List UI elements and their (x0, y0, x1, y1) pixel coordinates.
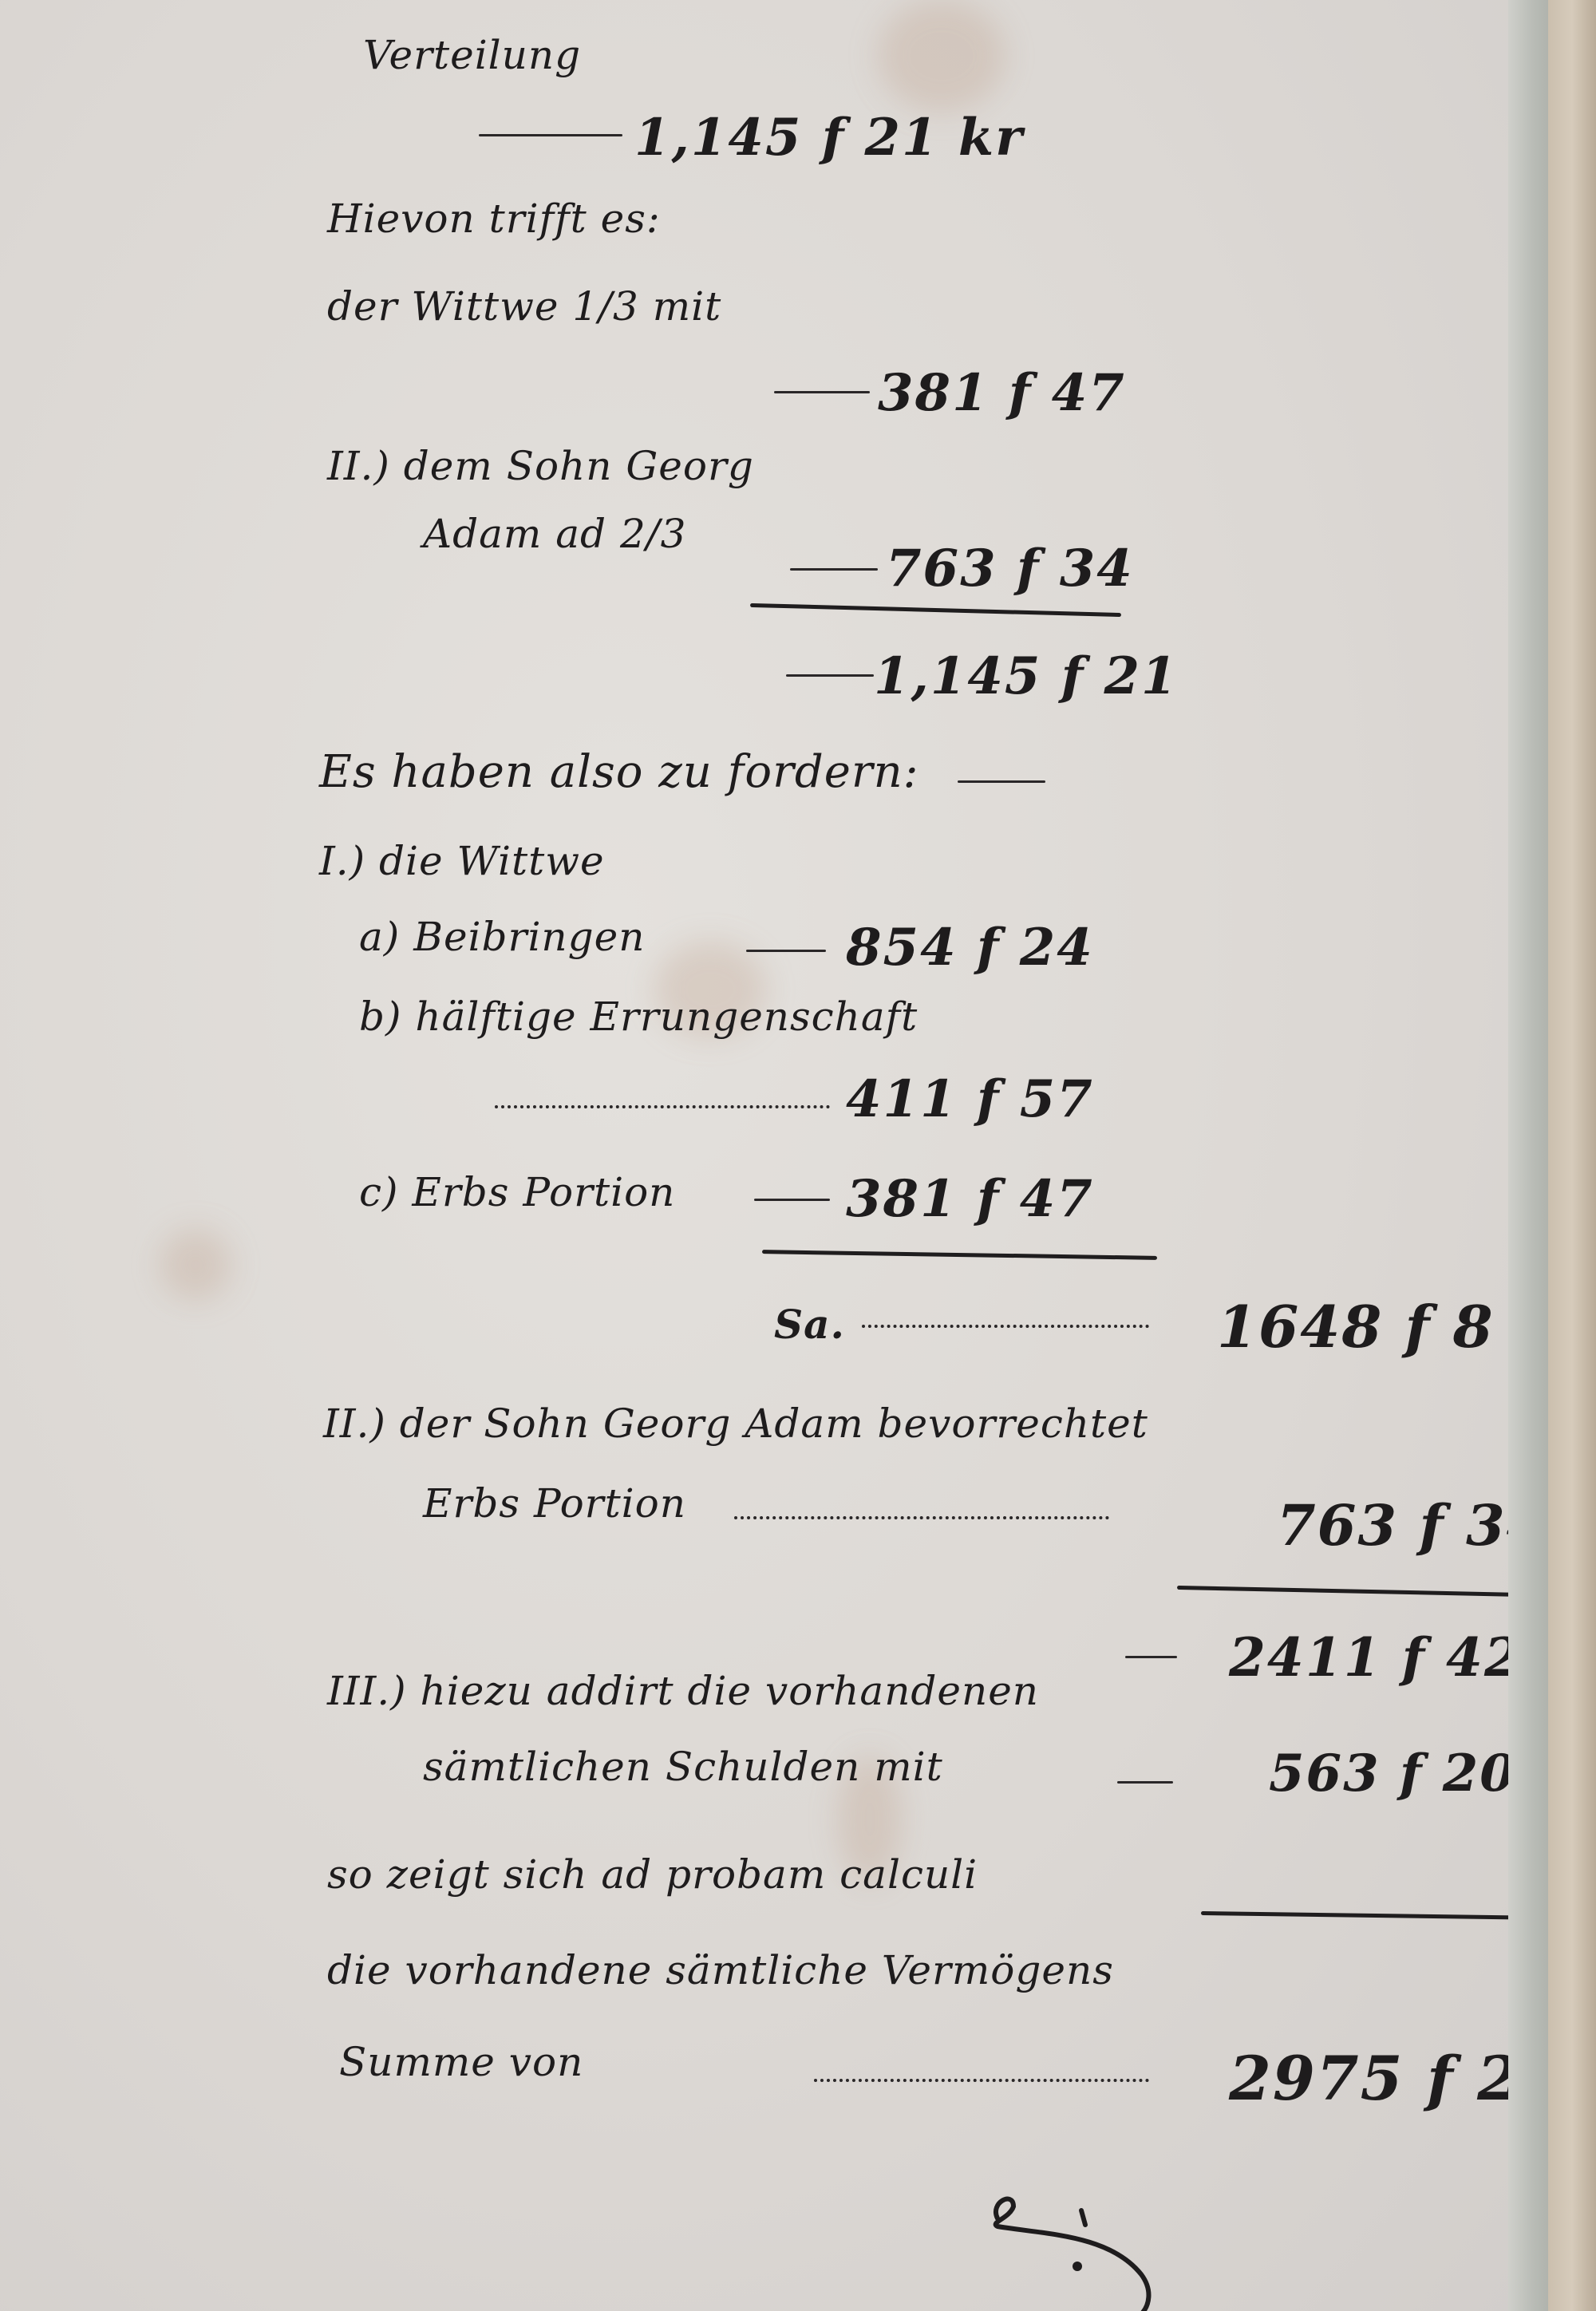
leader-line (1117, 1781, 1173, 1784)
item-son-share-label: II.) dem Sohn Georg (327, 443, 754, 489)
item-widow-share-label: der Wittwe 1/3 mit (327, 283, 721, 330)
heir-widow-label: I.) die Wittwe (319, 838, 605, 884)
leader-line (790, 568, 878, 571)
item-son-share-amount: 763 f 34 (886, 539, 1134, 598)
debts-label: III.) hiezu addirt die vorhandenen (327, 1668, 1039, 1714)
paper-stain (160, 1229, 231, 1301)
sum-rule (762, 1250, 1157, 1260)
section-intro-forderung: Es haben also zu fordern: (319, 746, 919, 798)
combined-total-amount: 2411 f 42 (1229, 1626, 1523, 1689)
section-subtotal: 1,145 f 21 (874, 646, 1179, 706)
probe-line-3: Summe von (339, 2039, 583, 2085)
paper-stain (878, 0, 1005, 112)
dotted-leader (495, 1105, 830, 1108)
leader-line (746, 950, 826, 952)
heir-son-label: II.) der Sohn Georg Adam bevorrechtet (323, 1400, 1148, 1447)
son-erbsportion-amount: 763 f 34 (1277, 1492, 1547, 1558)
probe-total-amount: 2975 f 2 (1229, 2043, 1521, 2114)
probe-line-2: die vorhandene sämtliche Vermögens (327, 1947, 1114, 1993)
widow-total-label: Sa. (774, 1301, 845, 1348)
debts-label-cont: sämtlichen Schulden mit (423, 1744, 943, 1790)
son-erbsportion-label: Erbs Portion (423, 1480, 686, 1527)
document-title: Verteilung (363, 32, 581, 78)
page-edge-shadow (1508, 0, 1552, 2311)
line-errungenschaft-label: b) hälftige Errungenschaft (359, 994, 918, 1040)
dotted-leader (862, 1325, 1149, 1328)
leader-line (754, 1199, 830, 1201)
line-beibringen-label: a) Beibringen (359, 914, 645, 960)
sum-rule (750, 603, 1121, 617)
signature-flourish-icon (966, 2187, 1173, 2311)
sum-rule (1201, 1911, 1552, 1920)
leader-line (1125, 1656, 1177, 1658)
leader-line (786, 674, 874, 677)
dotted-leader (814, 2079, 1149, 2082)
leader-line (479, 134, 622, 136)
sum-rule (1177, 1586, 1564, 1598)
opening-total: 1,145 f 21 kr (634, 108, 1024, 168)
book-binding-edge (1548, 0, 1596, 2311)
underline-flourish (958, 780, 1045, 783)
line-beibringen-amount: 854 f 24 (846, 918, 1094, 978)
dotted-leader (734, 1516, 1109, 1519)
line-erbsportion-label: c) Erbs Portion (359, 1169, 675, 1215)
probe-line-1: so zeigt sich ad probam calculi (327, 1851, 978, 1898)
leader-line (774, 391, 870, 393)
document-page: Verteilung 1,145 f 21 kr Hievon trifft e… (0, 0, 1540, 2311)
widow-total-amount: 1648 f 8 (1217, 1293, 1495, 1361)
debts-amount: 563 f 20 (1269, 1744, 1517, 1803)
line-erbsportion-amount: 381 f 47 (846, 1169, 1094, 1229)
section-intro-hievon: Hievon trifft es: (327, 196, 661, 242)
item-widow-share-amount: 381 f 47 (878, 363, 1126, 423)
line-errungenschaft-amount: 411 f 57 (846, 1069, 1094, 1129)
item-son-share-label-cont: Adam ad 2/3 (423, 511, 686, 557)
